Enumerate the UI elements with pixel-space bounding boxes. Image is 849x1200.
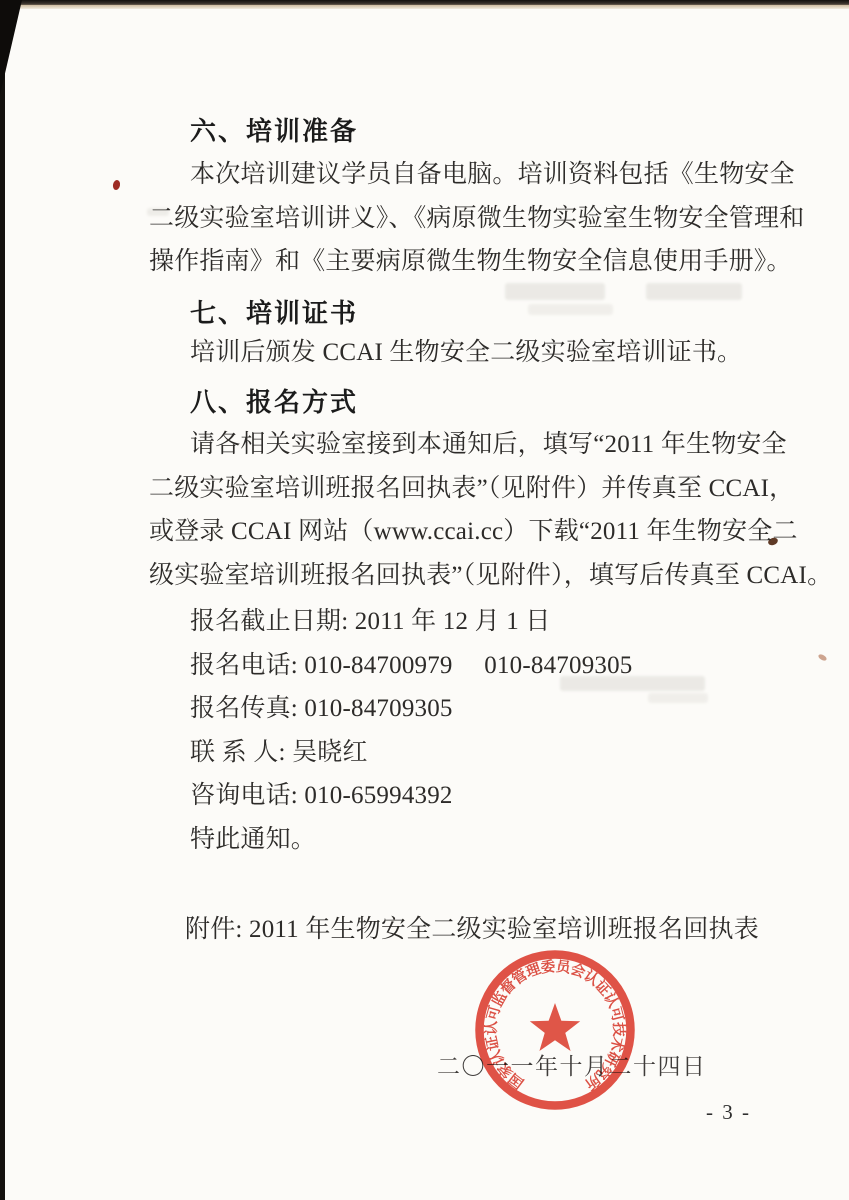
paragraph: 培训后颁发 CCAI 生物安全二级实验室培训证书。 [149,331,809,375]
official-seal: 国家认证认可监督管理委员会认证认可技术研究所 [465,940,645,1120]
registration-phone-line: 报名电话: 010-84700979 010-84709305 [149,644,809,688]
body-line: 培训后颁发 CCAI 生物安全二级实验室培训证书。 [149,331,809,375]
registration-deadline-line: 报名截止日期: 2011 年 12 月 1 日 [149,600,809,644]
scan-corner-shadow [0,0,22,95]
paragraph: 本次培训建议学员自备电脑。培训资料包括《生物安全 二级实验室培训讲义》、《病原微… [149,153,809,284]
body-line: 请各相关实验室接到本通知后，填写“2011 年生物安全 [149,423,809,467]
star-icon [530,1003,580,1051]
page-number: - 3 - [706,1100,751,1125]
ink-speck [817,653,827,662]
body-line: 二级实验室培训班报名回执表”（见附件）并传真至 CCAI， [149,467,809,511]
paragraph: 请各相关实验室接到本通知后，填写“2011 年生物安全 二级实验室培训班报名回执… [149,423,809,597]
contact-person-line: 联 系 人: 吴晓红 [149,731,809,775]
notice-closing-line: 特此通知。 [149,818,809,862]
body-line: 级实验室培训班报名回执表”（见附件），填写后传真至 CCAI。 [149,554,809,598]
body-line: 二级实验室培训讲义》、《病原微生物实验室生物安全管理和 [149,197,809,241]
paper-edge-highlight [0,5,849,9]
document-body: 六、培训准备 本次培训建议学员自备电脑。培训资料包括《生物安全 二级实验室培训讲… [149,100,809,952]
contact-block: 报名截止日期: 2011 年 12 月 1 日 报名电话: 010-847009… [149,600,809,861]
scanned-document-page: 六、培训准备 本次培训建议学员自备电脑。培训资料包括《生物安全 二级实验室培训讲… [0,0,849,1200]
registration-fax-line: 报名传真: 010-84709305 [149,687,809,731]
section-heading-training-certificate: 七、培训证书 [190,297,809,331]
body-line: 本次培训建议学员自备电脑。培训资料包括《生物安全 [149,153,809,197]
body-line: 或登录 CCAI 网站（www.ccai.cc）下载“2011 年生物安全二 [149,510,809,554]
section-heading-registration-method: 八、报名方式 [190,386,809,420]
section-heading-training-preparation: 六、培训准备 [190,115,809,149]
scan-edge-left [0,0,5,1200]
body-line: 操作指南》和《主要病原微生物生物安全信息使用手册》。 [149,240,809,284]
ink-speck [112,179,121,190]
inquiry-phone-line: 咨询电话: 010-65994392 [149,774,809,818]
